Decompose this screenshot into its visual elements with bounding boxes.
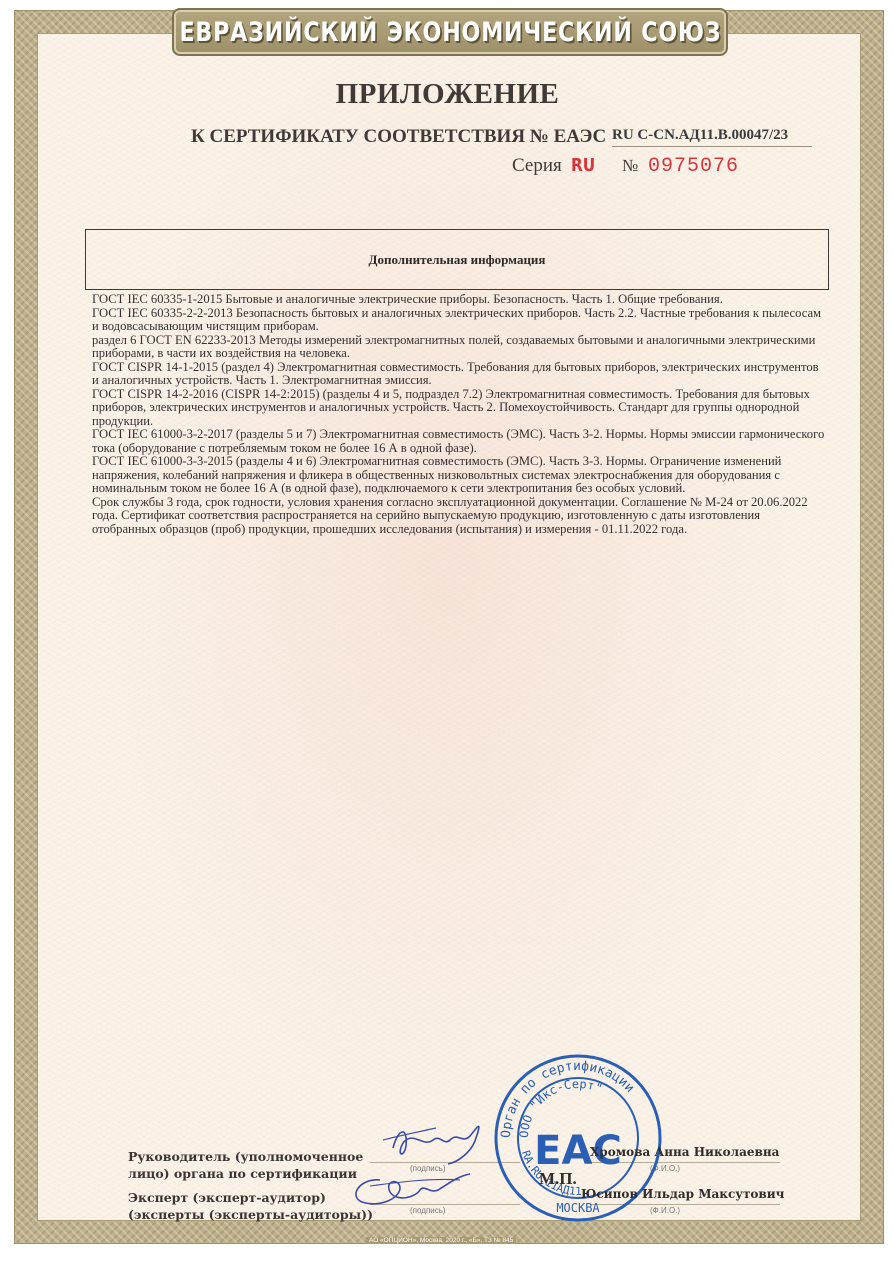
- section-heading: Дополнительная информация: [369, 252, 546, 268]
- number-label: №: [622, 156, 638, 176]
- seal-place: М.П.: [539, 1169, 577, 1189]
- certificate-line: К СЕРТИФИКАТУ СООТВЕТСТВИЯ № ЕАЭС: [191, 126, 606, 148]
- paragraph: ГОСТ IEC 61000-3-3-2015 (разделы 4 и 6) …: [92, 455, 827, 496]
- head-label: Руководитель (уполномоченное лицо) орган…: [128, 1148, 363, 1182]
- expert-signature: [340, 1168, 490, 1213]
- head-label-line1: Руководитель (уполномоченное: [128, 1148, 363, 1165]
- blank-number: 0975076: [648, 155, 739, 178]
- series-label: Серия: [512, 155, 562, 177]
- head-label-line2: лицо) органа по сертификации: [128, 1165, 363, 1182]
- paragraph: ГОСТ CISPR 14-1-2015 (раздел 4) Электром…: [92, 361, 827, 388]
- expert-name: Юсипов Ильдар Максутович: [581, 1187, 784, 1201]
- paragraph: ГОСТ IEC 60335-2-2-2013 Безопасность быт…: [92, 307, 827, 334]
- paragraph: ГОСТ IEC 61000-3-2-2017 (разделы 5 и 7) …: [92, 428, 827, 455]
- union-banner-text: ЕВРАЗИЙСКИЙ ЭКОНОМИЧЕСКИЙ СОЮЗ: [179, 17, 721, 48]
- expert-label: Эксперт (эксперт-аудитор) (эксперты (экс…: [128, 1189, 373, 1223]
- paragraph: раздел 6 ГОСТ EN 62233-2013 Методы измер…: [92, 334, 827, 361]
- expert-label-line1: Эксперт (эксперт-аудитор): [128, 1189, 373, 1206]
- head-name: Хромова Анна Николаевна: [590, 1145, 779, 1159]
- paragraph: ГОСТ CISPR 14-2-2016 (CISPR 14-2:2015) (…: [92, 388, 827, 429]
- paragraph: Срок службы 3 года, срок годности, услов…: [92, 496, 827, 537]
- info-section-box: Дополнительная информация: [85, 229, 829, 290]
- additional-info-text: ГОСТ IEC 60335-1-2015 Бытовые и аналогич…: [92, 293, 827, 536]
- printer-imprint: АО «ОПЦИОН», Москва, 2020 г., «Б», ТЗ № …: [366, 1237, 516, 1244]
- union-banner: ЕВРАЗИЙСКИЙ ЭКОНОМИЧЕСКИЙ СОЮЗ: [172, 8, 728, 56]
- stamp-city: МОСКВА: [556, 1201, 600, 1215]
- paragraph: ГОСТ IEC 60335-1-2015 Бытовые и аналогич…: [92, 293, 827, 307]
- certificate-number: RU C-CN.АД11.В.00047/23: [612, 127, 812, 147]
- certificate-paper: [37, 33, 861, 1221]
- page-title: ПРИЛОЖЕНИЕ: [0, 78, 895, 111]
- head-signature: [378, 1118, 498, 1168]
- expert-label-line2: (эксперты (эксперты-аудиторы)): [128, 1206, 373, 1223]
- series-value: RU: [571, 155, 595, 176]
